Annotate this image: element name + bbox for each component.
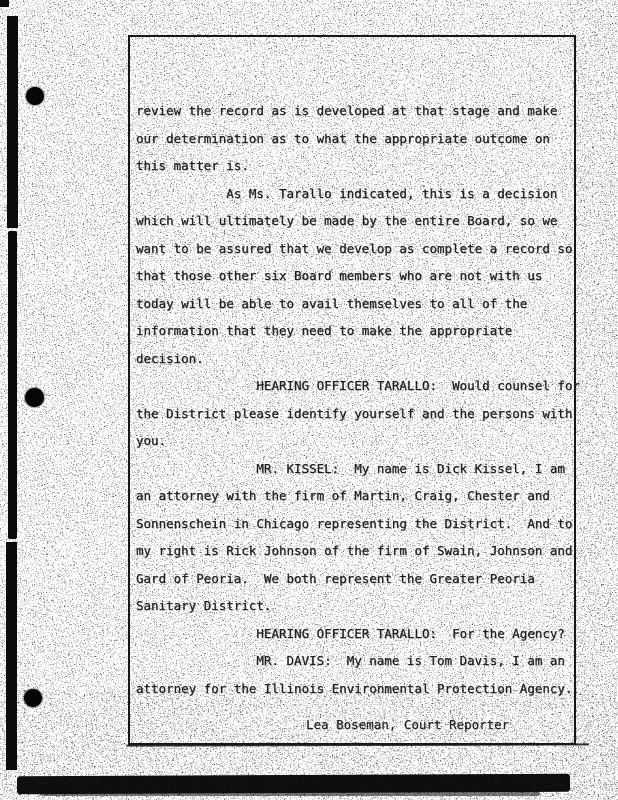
hole-punch: [24, 689, 42, 707]
transcript-line: decision.: [136, 345, 580, 373]
transcript-line: today will be able to avail themselves t…: [136, 290, 580, 318]
transcript-line: an attorney with the firm of Martin, Cra…: [136, 482, 580, 510]
transcript-line: our determination as to what the appropr…: [136, 125, 580, 153]
transcript-line: Sanitary District.: [136, 592, 580, 620]
transcript-line: HEARING OFFICER TARALLO: Would counsel f…: [136, 372, 580, 400]
transcript-line: attorney for the Illinois Environmental …: [136, 675, 580, 703]
transcript-line: review the record as is developed at tha…: [136, 97, 580, 125]
binder-edge-strip: [7, 16, 18, 228]
transcript-line: you.: [136, 427, 580, 455]
court-reporter-line: Lea Boseman, Court Reporter: [306, 717, 509, 732]
transcript-line: information that they need to make the a…: [136, 317, 580, 345]
scanned-transcript-page: review the record as is developed at tha…: [0, 0, 618, 800]
transcript-line: HEARING OFFICER TARALLO: For the Agency?: [136, 620, 580, 648]
transcript-line: As Ms. Tarallo indicated, this is a deci…: [136, 180, 580, 208]
transcript-line: Gard of Peoria. We both represent the Gr…: [136, 565, 580, 593]
footer-rule: [127, 743, 589, 746]
transcript-line: MR. KISSEL: My name is Dick Kissel, I am: [136, 455, 580, 483]
transcript-line: this matter is.: [136, 152, 580, 180]
transcript-line: which will ultimately be made by the ent…: [136, 207, 580, 235]
binder-edge-strip: [8, 231, 17, 539]
transcript-line: MR. DAVIS: My name is Tom Davis, I am an: [136, 647, 580, 675]
hole-punch: [26, 87, 44, 105]
transcript-line: want to be assured that we develop as co…: [136, 235, 580, 263]
hole-punch: [25, 388, 44, 407]
transcript-line: my right is Rick Johnson of the firm of …: [136, 537, 580, 565]
scan-bottom-band-shadow: [40, 790, 540, 796]
transcript-line: that those other six Board members who a…: [136, 262, 580, 290]
transcript-line: the District please identify yourself an…: [136, 400, 580, 428]
transcript-text: review the record as is developed at tha…: [136, 97, 580, 702]
transcript-line: Sonnenschein in Chicago representing the…: [136, 510, 580, 538]
scan-corner-mark: [0, 0, 9, 7]
binder-edge-strip: [6, 542, 17, 770]
